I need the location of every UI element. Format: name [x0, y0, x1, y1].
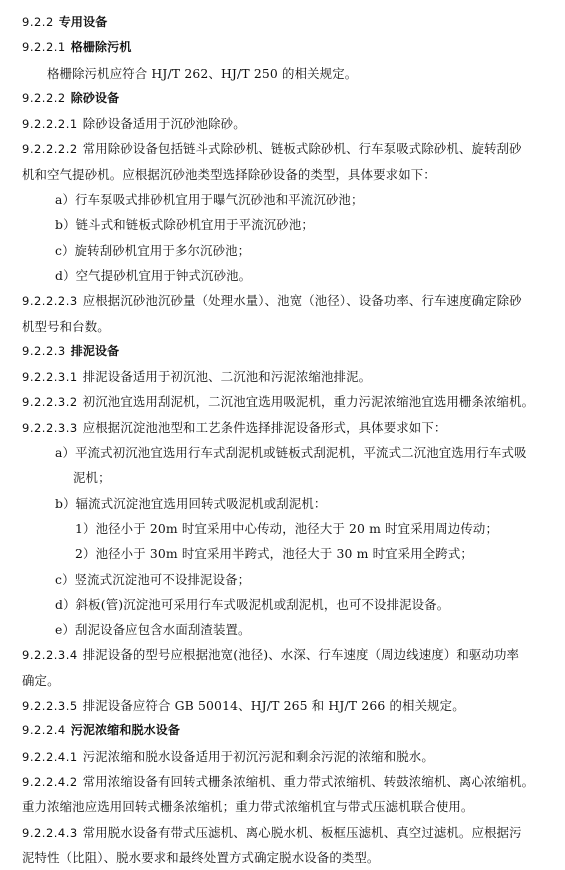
- paragraph-line: 格栅除污机应符合 HJ/T 262、HJ/T 250 的相关规定。: [0, 61, 565, 86]
- clause-number: 9.2.2.2.3: [22, 294, 78, 308]
- clause-9-2-2-2-2: 9.2.2.2.2常用除砂设备包括链斗式除砂机、链板式除砂机、行车泵吸式除砂机、…: [0, 136, 565, 161]
- paragraph-line: 确定。: [0, 668, 565, 693]
- clause-text: 应根据沉砂池沉砂量（处理水量）、池宽（池径）、设备功率、行车速度确定除砂: [83, 293, 522, 308]
- section-title: 专用设备: [59, 15, 108, 29]
- section-heading-9-2-2-4: 9.2.2.4污泥浓缩和脱水设备: [0, 718, 565, 743]
- list-item: d）空气提砂机宜用于钟式沉砂池。: [0, 263, 565, 288]
- list-item: b）链斗式和链板式除砂机宜用于平流沉砂池；: [0, 212, 565, 237]
- list-item: c）竖流式沉淀池可不设排泥设备；: [0, 567, 565, 592]
- clause-9-2-2-2-1: 9.2.2.2.1除砂设备适用于沉砂池除砂。: [0, 111, 565, 136]
- clause-text: 排泥设备的型号应根据池宽(池径)、水深、行车速度（周边线速度）和驱动功率: [83, 647, 519, 662]
- list-item: a）行车泵吸式排砂机宜用于曝气沉砂池和平流沉砂池；: [0, 187, 565, 212]
- clause-number: 9.2.2.2.2: [22, 142, 78, 156]
- section-number: 9.2.2.1: [22, 40, 66, 54]
- clause-text: 初沉池宜选用刮泥机，二沉池宜选用吸泥机，重力污泥浓缩池宜选用栅条浓缩机。: [83, 394, 534, 409]
- clause-text: 排泥设备适用于初沉池、二沉池和污泥浓缩池排泥。: [83, 369, 371, 384]
- clause-number: 9.2.2.4.3: [22, 826, 78, 840]
- clause-9-2-2-4-1: 9.2.2.4.1污泥浓缩和脱水设备适用于初沉污泥和剩余污泥的浓缩和脱水。: [0, 744, 565, 769]
- paragraph-line: 机和空气提砂机。应根据沉砂池类型选择除砂设备的类型，具体要求如下：: [0, 162, 565, 187]
- clause-number: 9.2.2.3.3: [22, 421, 78, 435]
- paragraph-line: 重力浓缩池应选用回转式栅条浓缩机；重力带式浓缩机宜与带式压滤机联合使用。: [0, 794, 565, 819]
- sub-list-item: 2）池径小于 30m 时宜采用半跨式，池径大于 30 m 时宜采用全跨式；: [0, 541, 565, 566]
- section-heading-9-2-2-2: 9.2.2.2除砂设备: [0, 86, 565, 111]
- section-number: 9.2.2.2: [22, 91, 66, 105]
- list-item: c）旋转刮砂机宜用于多尔沉砂池；: [0, 238, 565, 263]
- paragraph-line: 机型号和台数。: [0, 314, 565, 339]
- clause-number: 9.2.2.2.1: [22, 117, 78, 131]
- clause-number: 9.2.2.3.4: [22, 648, 78, 662]
- clause-number: 9.2.2.3.1: [22, 370, 78, 384]
- section-heading-9-2-2-1: 9.2.2.1格栅除污机: [0, 35, 565, 60]
- clause-text: 常用脱水设备有带式压滤机、离心脱水机、板框压滤机、真空过滤机。应根据污: [83, 825, 522, 840]
- clause-text: 污泥浓缩和脱水设备适用于初沉污泥和剩余污泥的浓缩和脱水。: [83, 749, 434, 764]
- clause-number: 9.2.2.4.2: [22, 775, 78, 789]
- section-heading-9-2-2: 9.2.2专用设备: [0, 10, 565, 35]
- section-title: 除砂设备: [71, 91, 120, 105]
- clause-text: 排泥设备应符合 GB 50014、HJ/T 265 和 HJ/T 266 的相关…: [83, 698, 465, 713]
- section-heading-9-2-2-3: 9.2.2.3排泥设备: [0, 339, 565, 364]
- list-item: b）辐流式沉淀池宜选用回转式吸泥机或刮泥机：: [0, 491, 565, 516]
- clause-9-2-2-2-3: 9.2.2.2.3应根据沉砂池沉砂量（处理水量）、池宽（池径）、设备功率、行车速…: [0, 288, 565, 313]
- clause-9-2-2-3-3: 9.2.2.3.3应根据沉淀池池型和工艺条件选择排泥设备形式，具体要求如下：: [0, 415, 565, 440]
- clause-number: 9.2.2.3.5: [22, 699, 78, 713]
- list-item: e）刮泥设备应包含水面刮渣装置。: [0, 617, 565, 642]
- clause-text: 除砂设备适用于沉砂池除砂。: [83, 116, 246, 131]
- clause-text: 常用除砂设备包括链斗式除砂机、链板式除砂机、行车泵吸式除砂机、旋转刮砂: [83, 141, 522, 156]
- clause-9-2-2-4-2: 9.2.2.4.2常用浓缩设备有回转式栅条浓缩机、重力带式浓缩机、转鼓浓缩机、离…: [0, 769, 565, 794]
- section-title: 格栅除污机: [71, 40, 132, 54]
- clause-9-2-2-4-3: 9.2.2.4.3常用脱水设备有带式压滤机、离心脱水机、板框压滤机、真空过滤机。…: [0, 820, 565, 845]
- section-number: 9.2.2.3: [22, 344, 66, 358]
- clause-9-2-2-3-1: 9.2.2.3.1排泥设备适用于初沉池、二沉池和污泥浓缩池排泥。: [0, 364, 565, 389]
- document-page: 9.2.2专用设备 9.2.2.1格栅除污机 格栅除污机应符合 HJ/T 262…: [0, 10, 565, 870]
- clause-9-2-2-3-4: 9.2.2.3.4排泥设备的型号应根据池宽(池径)、水深、行车速度（周边线速度）…: [0, 642, 565, 667]
- clause-text: 常用浓缩设备有回转式栅条浓缩机、重力带式浓缩机、转鼓浓缩机、离心浓缩机。: [83, 774, 534, 789]
- clause-9-2-2-3-5: 9.2.2.3.5排泥设备应符合 GB 50014、HJ/T 265 和 HJ/…: [0, 693, 565, 718]
- section-title: 排泥设备: [71, 344, 120, 358]
- clause-number: 9.2.2.3.2: [22, 395, 78, 409]
- sub-list-item: 1）池径小于 20m 时宜采用中心传动，池径大于 20 m 时宜采用周边传动；: [0, 516, 565, 541]
- clause-number: 9.2.2.4.1: [22, 750, 78, 764]
- section-number: 9.2.2.4: [22, 723, 66, 737]
- clause-9-2-2-3-2: 9.2.2.3.2初沉池宜选用刮泥机，二沉池宜选用吸泥机，重力污泥浓缩池宜选用栅…: [0, 389, 565, 414]
- section-title: 污泥浓缩和脱水设备: [71, 723, 180, 737]
- list-item: a）平流式初沉池宜选用行车式刮泥机或链板式刮泥机，平流式二沉池宜选用行车式吸: [0, 440, 565, 465]
- clause-text: 应根据沉淀池池型和工艺条件选择排泥设备形式，具体要求如下：: [83, 420, 447, 435]
- paragraph-line: 泥特性（比阻）、脱水要求和最终处置方式确定脱水设备的类型。: [0, 845, 565, 870]
- list-item-continuation: 泥机；: [0, 465, 565, 490]
- list-item: d）斜板(管)沉淀池可采用行车式吸泥机或刮泥机，也可不设排泥设备。: [0, 592, 565, 617]
- section-number: 9.2.2: [22, 15, 54, 29]
